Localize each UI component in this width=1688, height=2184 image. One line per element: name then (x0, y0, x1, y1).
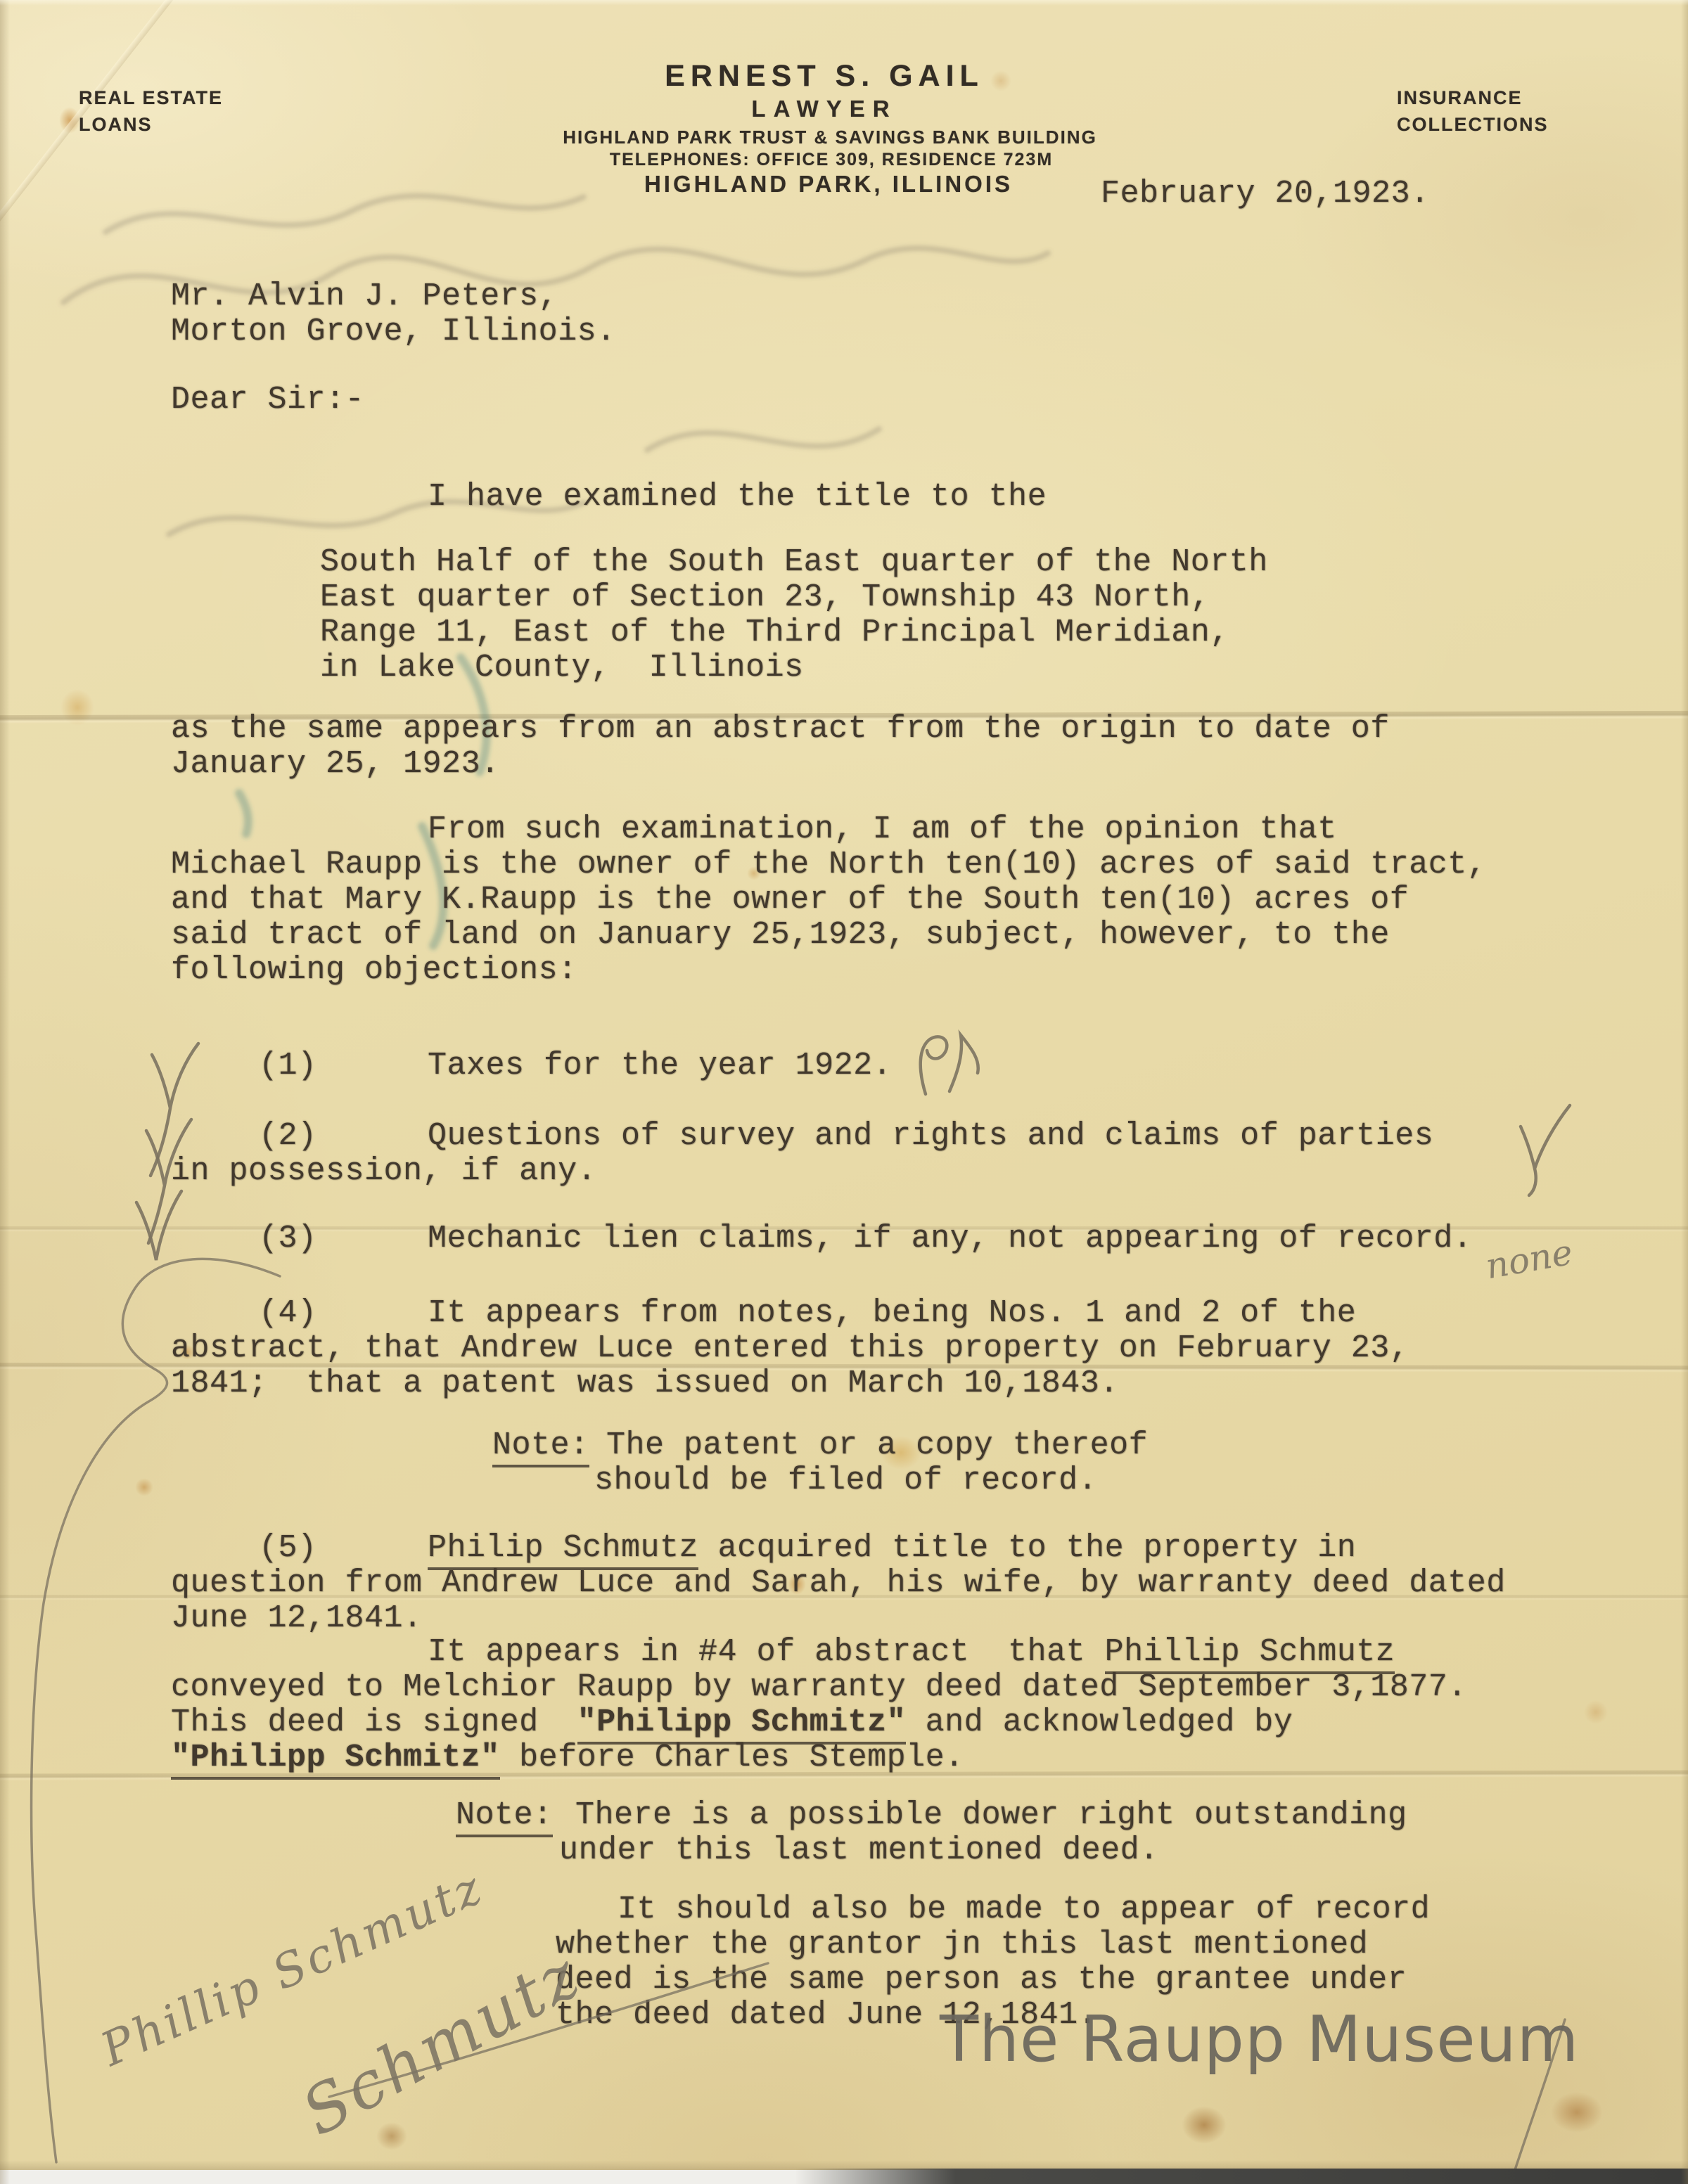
museum-watermark: The Raupp Museum (940, 2003, 1579, 2076)
pencil-checkmark-item3 (136, 1191, 181, 1260)
scan-left-edge (0, 0, 10, 2184)
pencil-checkmark-item2 (146, 1119, 191, 1243)
pencil-annotations-layer (0, 0, 1688, 2184)
scan-top-edge (0, 0, 1688, 6)
letter-scan-page: REAL ESTATE LOANS INSURANCE COLLECTIONS … (0, 0, 1688, 2184)
pencil-checkmark-item2-right (1521, 1105, 1570, 1195)
scan-right-edge (1681, 0, 1688, 2184)
pencil-scrawl-item1 (921, 1035, 978, 1094)
scan-bottom-dark-strip (795, 2169, 1688, 2184)
